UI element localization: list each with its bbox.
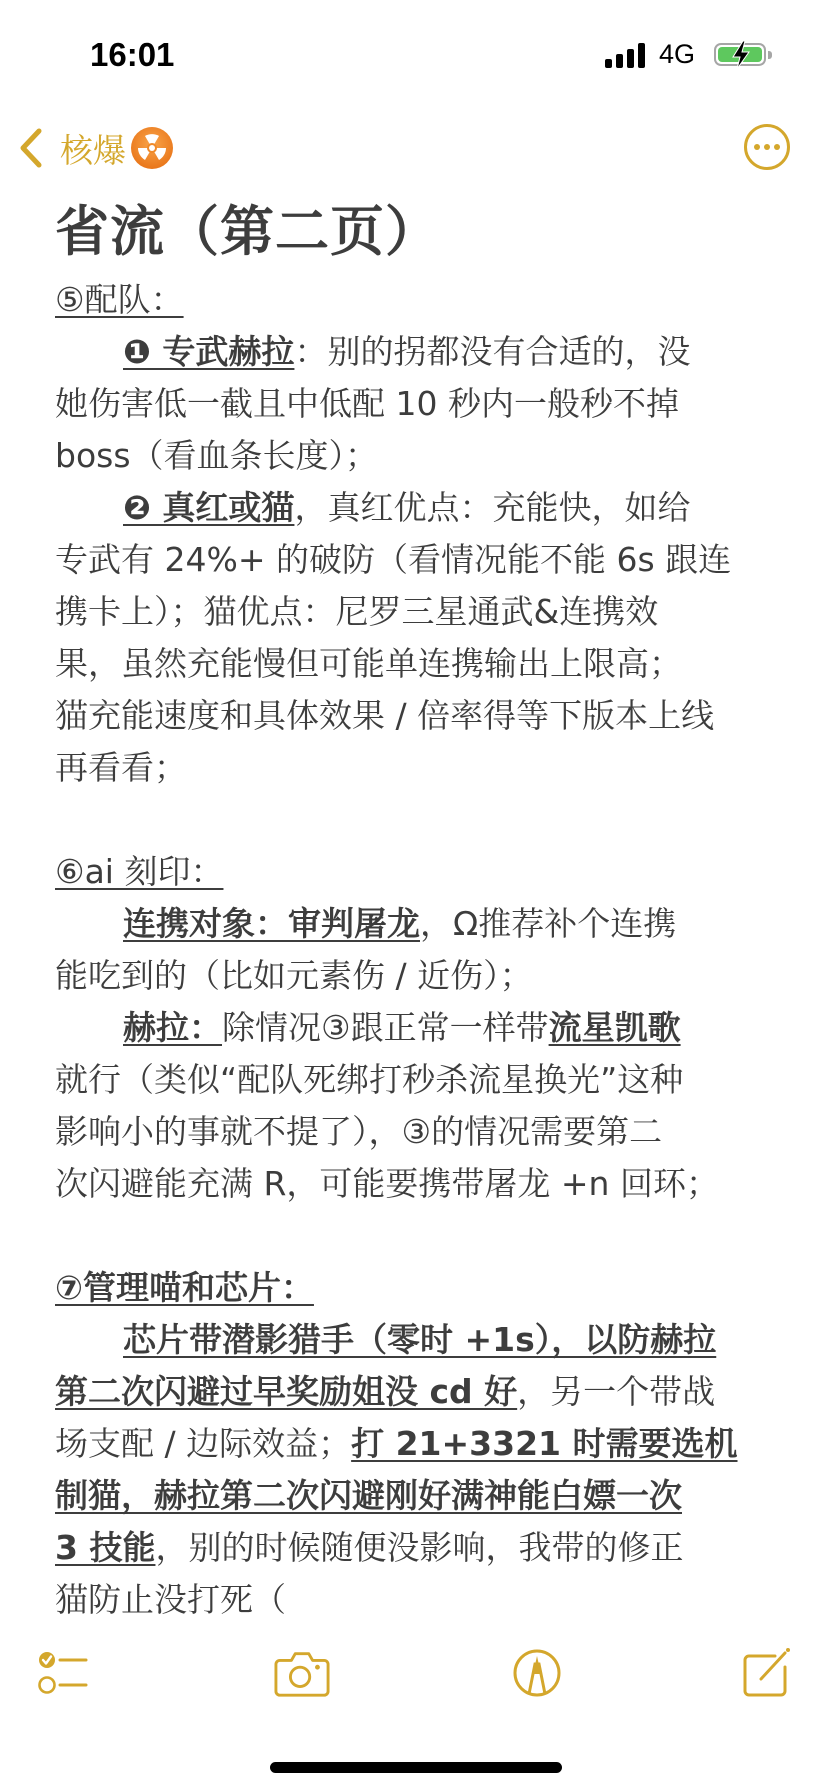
camera-icon (274, 1648, 330, 1698)
emphasized-text: 打 21+3321 时需要选机 (351, 1424, 737, 1463)
note-line: 再看看； (55, 742, 795, 794)
note-line: 猫防止没打死（ (55, 1574, 795, 1626)
note-line: ❷ 真红或猫，真红优点：充能快，如给 (55, 482, 795, 534)
body-text: 除情况③跟正常一样带 (222, 1008, 549, 1047)
note-line: 第二次闪避过早奖励姐没 cd 好，另一个带战 (55, 1366, 795, 1418)
note-line: 猫充能速度和具体效果 / 倍率得等下版本上线 (55, 690, 795, 742)
note-line: 果，虽然充能慢但可能单连携输出上限高； (55, 638, 795, 690)
emphasized-text: ⑦管理喵和芯片： (55, 1268, 314, 1307)
emphasized-text: 芯片带潜影猎手（零时 +1s），以防赫拉 (123, 1320, 716, 1359)
blank-line (55, 794, 795, 846)
body-text: 携卡上）；猫优点：尼罗三星通武&连携效 (55, 592, 658, 631)
body-text: 专武有 24%+ 的破防（看情况能不能 6s 跟连 (55, 540, 731, 579)
emphasized-text: 流星凯歌 (549, 1008, 681, 1047)
checklist-button[interactable] (36, 1648, 92, 1698)
note-line: 能吃到的（比如元素伤 / 近伤）； (55, 950, 795, 1002)
markup-button[interactable] (509, 1648, 565, 1698)
note-line: 制猫，赫拉第二次闪避刚好满神能白嫖一次 (55, 1470, 795, 1522)
note-line: 影响小的事就不提了），③的情况需要第二 (55, 1106, 795, 1158)
note-body-editor[interactable]: ⑤配队：❶ 专武赫拉：别的拐都没有合适的，没她伤害低一截且中低配 10 秒内一般… (55, 274, 795, 1626)
body-text: 她伤害低一截且中低配 10 秒内一般秒不掉 (55, 384, 679, 423)
note-line: 芯片带潜影猎手（零时 +1s），以防赫拉 (55, 1314, 795, 1366)
note-line: 赫拉：除情况③跟正常一样带流星凯歌 (55, 1002, 795, 1054)
battery-tip (768, 51, 772, 59)
body-text: 影响小的事就不提了），③的情况需要第二 (55, 1112, 662, 1151)
blank-line (55, 1210, 795, 1262)
body-text: 猫充能速度和具体效果 / 倍率得等下版本上线 (55, 696, 714, 735)
body-text: 再看看； (55, 748, 187, 787)
note-line: ❶ 专武赫拉：别的拐都没有合适的，没 (55, 326, 795, 378)
note-line: ⑤配队： (55, 274, 795, 326)
chevron-left-icon (14, 126, 46, 170)
cellular-signal-icon (605, 43, 647, 68)
body-text: 能吃到的（比如元素伤 / 近伤）； (55, 956, 533, 995)
body-text: ，Ω推荐补个连携 (420, 904, 676, 943)
camera-button[interactable] (274, 1648, 330, 1698)
ellipsis-dot (764, 144, 770, 150)
emphasized-text: ❶ 专武赫拉 (123, 332, 294, 371)
note-line: 次闪避能充满 R，可能要携带屠龙 +n 回环； (55, 1158, 795, 1210)
note-line: 专武有 24%+ 的破防（看情况能不能 6s 跟连 (55, 534, 795, 586)
ellipsis-dot (774, 144, 780, 150)
body-text: 猫防止没打死（ (55, 1580, 286, 1619)
pen-tip-circle-icon (509, 1647, 565, 1699)
compose-icon (739, 1647, 793, 1699)
status-bar: 16:01 4G (0, 0, 828, 100)
back-folder-label: 核爆 (60, 125, 126, 172)
note-line: ⑥ai 刻印： (55, 846, 795, 898)
body-text: 果，虽然充能慢但可能单连携输出上限高； (55, 644, 682, 683)
more-options-button[interactable] (744, 124, 790, 170)
body-text: ，别的时候随便没影响，我带的修正 (155, 1528, 683, 1567)
ellipsis-dot (754, 144, 760, 150)
emphasized-text: ⑤配队： (55, 280, 184, 319)
note-line: boss（看血条长度）； (55, 430, 795, 482)
emphasized-text: ❷ 真红或猫 (123, 488, 294, 527)
bottom-toolbar (0, 1640, 828, 1710)
compose-button[interactable] (738, 1648, 794, 1698)
battery-charging-icon (714, 43, 766, 66)
radioactive-icon (130, 126, 174, 170)
body-text: ，另一个带战 (517, 1372, 715, 1411)
emphasized-text: 制猫，赫拉第二次闪避刚好满神能白嫖一次 (55, 1476, 682, 1515)
note-line: 携卡上）；猫优点：尼罗三星通武&连携效 (55, 586, 795, 638)
note-title[interactable]: 省流（第二页） (55, 196, 440, 268)
emphasized-text: 3 技能 (55, 1528, 155, 1567)
body-text: 次闪避能充满 R，可能要携带屠龙 +n 回环； (55, 1164, 719, 1203)
body-text: boss（看血条长度）； (55, 436, 378, 475)
emphasized-text: 赫拉： (123, 1008, 222, 1047)
checklist-icon (36, 1648, 92, 1698)
body-text: ，真红优点：充能快，如给 (294, 488, 690, 527)
status-time: 16:01 (90, 36, 174, 74)
body-text: 场支配 / 边际效益； (55, 1424, 351, 1463)
emphasized-text: 连携对象：审判屠龙 (123, 904, 420, 943)
home-indicator[interactable] (270, 1762, 562, 1773)
emphasized-text: ⑥ai 刻印： (55, 852, 223, 891)
network-type: 4G (659, 39, 695, 70)
note-line: 就行（类似“配队死绑打秒杀流星换光”这种 (55, 1054, 795, 1106)
note-line: 连携对象：审判屠龙，Ω推荐补个连携 (55, 898, 795, 950)
body-text: 就行（类似“配队死绑打秒杀流星换光”这种 (55, 1060, 683, 1099)
navigation-bar: 核爆 (0, 110, 828, 186)
body-text: ：别的拐都没有合适的，没 (294, 332, 690, 371)
note-line: ⑦管理喵和芯片： (55, 1262, 795, 1314)
emphasized-text: 第二次闪避过早奖励姐没 cd 好 (55, 1372, 517, 1411)
back-button[interactable]: 核爆 (14, 120, 174, 176)
note-line: 3 技能，别的时候随便没影响，我带的修正 (55, 1522, 795, 1574)
note-line: 她伤害低一截且中低配 10 秒内一般秒不掉 (55, 378, 795, 430)
note-line: 场支配 / 边际效益；打 21+3321 时需要选机 (55, 1418, 795, 1470)
